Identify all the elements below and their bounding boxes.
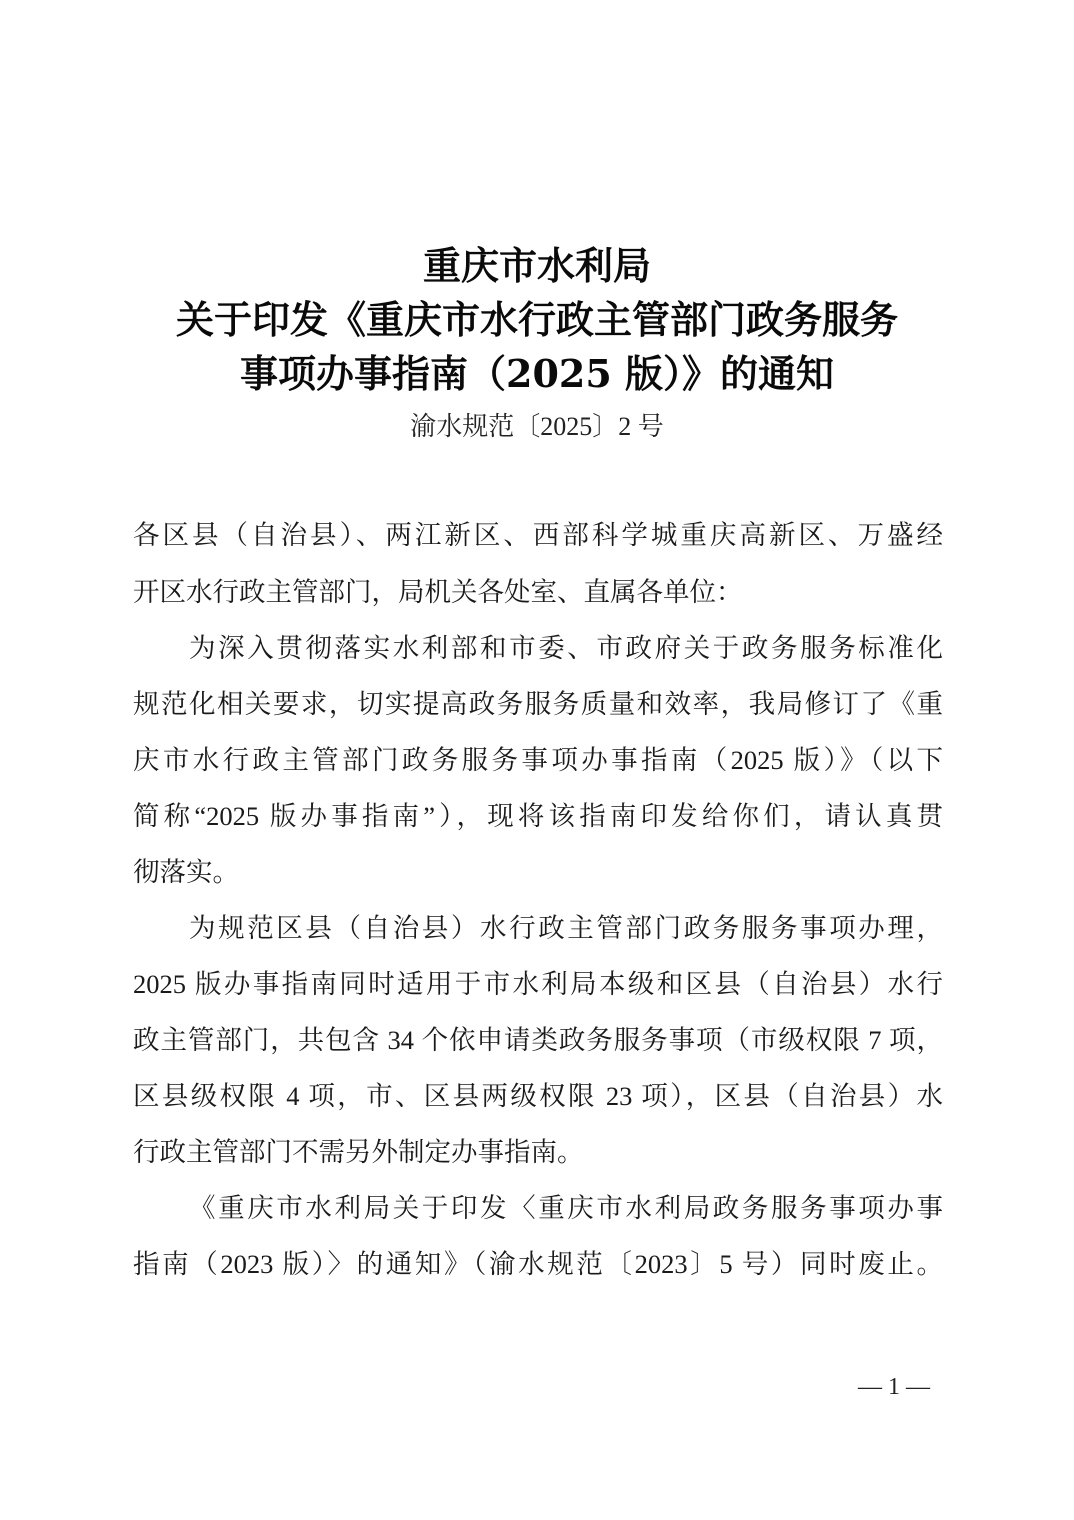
title-issuer: 重庆市水利局 xyxy=(0,242,1074,290)
paragraph-2-line-1: 为规范区县（自治县）水行政主管部门政务服务事项办理， xyxy=(189,910,943,946)
title-line-3: 事项办事指南（2025 版）》的通知 xyxy=(0,350,1074,398)
document-number: 渝水规范〔2025〕2 号 xyxy=(0,410,1074,444)
paragraph-1-line-3: 庆市水行政主管部门政务服务事项办事指南（2025 版）》（以下 xyxy=(133,742,943,778)
paragraph-1-line-1: 为深入贯彻落实水利部和市委、市政府关于政务服务标准化 xyxy=(189,630,943,666)
paragraph-2-line-3: 政主管部门，共包含 34 个依申请类政务服务事项（市级权限 7 项， xyxy=(133,1022,943,1058)
addressee-line-1: 各区县（自治县）、两江新区、西部科学城重庆高新区、万盛经 xyxy=(133,517,943,553)
paragraph-3-line-2: 指南（2023 版）〉的通知》（渝水规范〔2023〕5 号）同时废止。 xyxy=(133,1246,943,1282)
paragraph-1-line-4: 简称“2025 版办事指南”），现将该指南印发给你们，请认真贯 xyxy=(133,798,943,834)
page-number: — 1 — xyxy=(858,1372,930,1402)
addressee-line-2: 开区水行政主管部门，局机关各处室、直属各单位： xyxy=(133,574,943,610)
paragraph-2-line-2: 2025 版办事指南同时适用于市水利局本级和区县（自治县）水行 xyxy=(133,966,943,1002)
title-line-2: 关于印发《重庆市水行政主管部门政务服务 xyxy=(0,296,1074,344)
paragraph-1-line-5: 彻落实。 xyxy=(133,854,943,890)
paragraph-1-line-2: 规范化相关要求，切实提高政务服务质量和效率，我局修订了《重 xyxy=(133,686,943,722)
paragraph-2-line-4: 区县级权限 4 项，市、区县两级权限 23 项），区县（自治县）水 xyxy=(133,1078,943,1114)
paragraph-3-line-1: 《重庆市水利局关于印发〈重庆市水利局政务服务事项办事 xyxy=(189,1190,943,1226)
document-page: 重庆市水利局 关于印发《重庆市水行政主管部门政务服务 事项办事指南（2025 版… xyxy=(0,0,1074,1520)
paragraph-2-line-5: 行政主管部门不需另外制定办事指南。 xyxy=(133,1134,943,1170)
